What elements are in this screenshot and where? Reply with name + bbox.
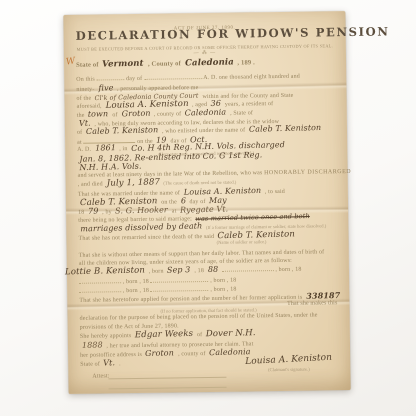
photograph-of-document: ACT OF JUNE 27, 1890. DECLARATION FOR WI… bbox=[0, 0, 416, 416]
printed-text: A. D. one thousand eight hundred and bbox=[203, 74, 300, 81]
printed-text: day of bbox=[126, 76, 142, 82]
printed-text: , born bbox=[275, 267, 290, 273]
dissolved-caption: (If a former marriage of claimant or sol… bbox=[206, 223, 326, 230]
printed-text: , born bbox=[149, 269, 164, 275]
handwritten-signature: Louisa A. Keniston bbox=[245, 353, 332, 367]
blank-line bbox=[222, 264, 274, 272]
handwritten-town: Groton bbox=[121, 110, 150, 119]
handwritten-town-word: town bbox=[88, 110, 109, 118]
soldier-name-caption: (Name of soldier or sailor.) bbox=[217, 237, 337, 247]
handwritten-postoffice: Groton bbox=[145, 349, 174, 358]
blank-line bbox=[79, 285, 121, 293]
printed-text: , 189 . bbox=[237, 59, 255, 66]
handwritten-year-word: five bbox=[98, 84, 113, 92]
blank-line bbox=[151, 284, 209, 292]
margin-mark: W bbox=[65, 56, 76, 67]
handwritten-attorney-address: Dover N.H. bbox=[206, 329, 256, 338]
handwritten-year: 1888 bbox=[82, 341, 103, 350]
handwritten-county: Caledonia bbox=[185, 58, 234, 67]
printed-text: of bbox=[112, 112, 117, 118]
blank-line bbox=[151, 275, 209, 283]
pension-declaration-paper: ACT OF JUNE 27, 1890. DECLARATION FOR WI… bbox=[63, 11, 350, 394]
handwritten-birth-date: Sep 3 bbox=[167, 266, 191, 275]
handwritten-state: Vermont bbox=[102, 60, 144, 69]
printed-text: years, a resident of bbox=[225, 101, 273, 108]
handwritten-day: 6 bbox=[180, 197, 185, 205]
printed-text: , County of bbox=[148, 60, 181, 67]
blank-line bbox=[79, 276, 121, 284]
printed-text: , 18 bbox=[292, 267, 302, 273]
handwritten-year: 79 bbox=[88, 207, 99, 215]
death-caption: (The cause of death need not be stated.) bbox=[163, 180, 236, 186]
blank-line bbox=[144, 72, 202, 80]
printed-text: of bbox=[197, 332, 202, 338]
handwritten-birth-year: 88 bbox=[208, 266, 219, 274]
printed-text: of bbox=[77, 130, 82, 136]
handwritten-death-date: July 1, 1887 bbox=[106, 178, 160, 187]
blank-line bbox=[96, 73, 124, 80]
printed-text: State of bbox=[76, 61, 99, 68]
printed-text: , to said bbox=[265, 189, 285, 195]
printed-text: , State of bbox=[230, 110, 253, 116]
printed-text: , who enlisted under the name of bbox=[162, 127, 245, 134]
page-title: DECLARATION FOR WIDOW'S PENSION bbox=[76, 28, 334, 40]
form-content: ACT OF JUNE 27, 1890. DECLARATION FOR WI… bbox=[63, 11, 350, 394]
printed-text: That she has not remarried since the dea… bbox=[78, 234, 214, 242]
printed-text: State of bbox=[80, 362, 100, 368]
attest-line-2 bbox=[109, 387, 227, 390]
printed-text: , county of bbox=[154, 111, 182, 117]
printed-text: On this bbox=[76, 77, 95, 83]
handwritten-county: Caledonia bbox=[185, 109, 227, 118]
printed-text: , 18 bbox=[194, 268, 204, 274]
handwritten-soldier-name: Caleb T. Keniston bbox=[249, 124, 321, 134]
handwritten-attorney-name: Edgar Weeks bbox=[135, 330, 193, 339]
printed-text: , county of bbox=[178, 351, 206, 357]
line-state-county: State of Vermont , County of Caledonia ,… bbox=[76, 57, 334, 70]
handwritten-state-abbrev: Vt. bbox=[104, 359, 116, 367]
handwritten-child-name: Lottie B. Keniston bbox=[65, 266, 145, 276]
printed-text: , and died bbox=[78, 181, 103, 187]
printed-honorably-discharged: HONORABLY DISCHARGED bbox=[264, 169, 351, 176]
printed-text: She hereby appoints bbox=[80, 333, 132, 340]
printed-text: ninety- bbox=[76, 87, 94, 93]
printed-text: . bbox=[119, 361, 121, 367]
handwritten-soldier-name: Caleb T. Keniston bbox=[86, 126, 158, 136]
